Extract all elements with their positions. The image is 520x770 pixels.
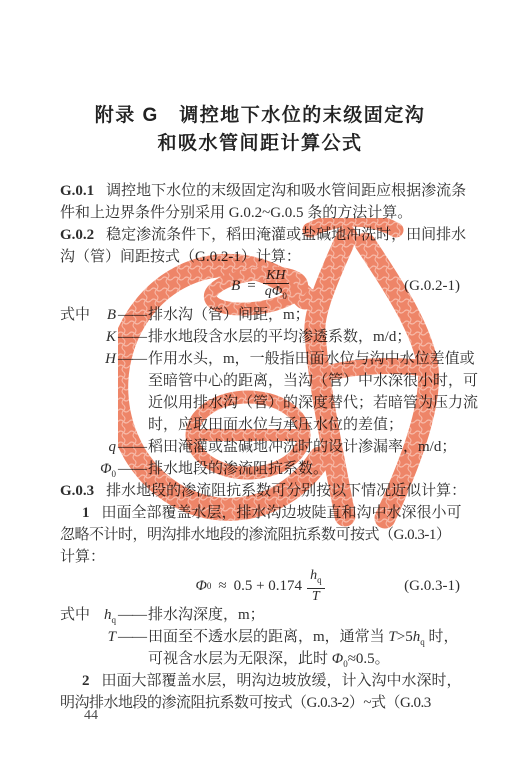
equation-lhs: B	[231, 275, 240, 297]
equation-number: (G.0.2-1)	[404, 275, 460, 297]
where-lead-empty	[60, 348, 94, 370]
clause-g01-line1: G.0.1调控地下水位的末级固定沟和吸水管间距应根据渗流条	[60, 180, 460, 202]
symbol-desc: 稻田淹灌或盐碱地冲洗时的设计渗漏率，m/d；	[148, 436, 456, 458]
item-2-line2: 明沟排水地段的渗流阻抗系数可按式（G.0.3-2）~式（G.0.3	[60, 692, 460, 714]
dash: ——	[116, 304, 148, 326]
equation-number: (G.0.3-1)	[404, 575, 460, 597]
symbol-desc-cont: 至暗管中心的距离，当沟（管）中水深很小时，可	[60, 370, 460, 392]
dash: ——	[116, 348, 148, 370]
symbol-row-q: q —— 稻田淹灌或盐碱地冲洗时的设计渗漏率，m/d；	[60, 436, 460, 458]
fraction-denominator: T	[310, 589, 322, 604]
equation-constants: 0.5 + 0.174	[234, 575, 302, 597]
clause-g02-line2: 沟（管）间距按式（G.0.2-1）计算：	[60, 246, 460, 268]
symbol-var: B	[94, 304, 116, 326]
dash: ——	[116, 604, 148, 626]
symbol-var: T	[94, 626, 116, 648]
equation: Φ0 ≈ 0.5 + 0.174 hq T	[195, 568, 324, 604]
desc-part: 田面至不透水层的距离，m，通常当	[148, 629, 388, 645]
item-1-line3: 计算：	[60, 546, 460, 568]
dash: ——	[116, 326, 148, 348]
dash: ——	[116, 436, 148, 458]
symbol-desc: 排水沟深度，m；	[148, 604, 265, 626]
desc-part: ≈0.5。	[348, 651, 390, 667]
formula-g-0-3-1: Φ0 ≈ 0.5 + 0.174 hq T (G.0.3-1)	[60, 568, 460, 604]
dash: ——	[116, 458, 148, 480]
symbol-var: H	[94, 348, 116, 370]
clause-g02-line1: G.0.2稳定渗流条件下，稻田淹灌或盐碱地冲洗时，田间排水	[60, 224, 460, 246]
equation-relation: =	[247, 275, 255, 297]
document-page: 附录 G 调控地下水位的末级固定沟 和吸水管间距计算公式 G.0.1调控地下水位…	[0, 0, 520, 770]
clause-number: G.0.3	[60, 483, 94, 499]
denominator-var-phi: Φ	[272, 284, 283, 299]
appendix-title-line2: 和吸水管间距计算公式	[0, 130, 520, 158]
numerator-vars: KH	[266, 268, 285, 283]
appendix-title-line1: 附录 G 调控地下水位的末级固定沟	[0, 102, 520, 130]
symbol-row-hq: 式中 hq —— 排水沟深度，m；	[60, 604, 460, 626]
item-1-line2: 忽略不计时，明沟排水地段的渗流阻抗系数可按式（G.0.3-1）	[60, 524, 460, 546]
clause-number: G.0.2	[60, 227, 94, 243]
var-T: T	[108, 629, 116, 645]
symbol-desc-cont: 近似用排水沟（管）的深度替代；若暗管为压力流	[60, 392, 460, 414]
where-lead-empty	[60, 626, 94, 648]
denominator-subscript: 0	[282, 291, 287, 301]
desc-part: 可视含水层为无限深，此时	[148, 651, 332, 667]
page-number: 44	[84, 708, 98, 724]
text-line: 田面全部覆盖水层，排水沟边坡陡直和沟中水深很小可	[102, 505, 462, 521]
symbol-desc: 排水地段的渗流阻抗系数。	[148, 458, 328, 480]
equation-relation: ≈	[218, 575, 226, 597]
fraction: KH qΦ0	[263, 268, 289, 304]
document-body: G.0.1调控地下水位的末级固定沟和吸水管间距应根据渗流条 件和上边界条件分别采…	[60, 180, 460, 714]
clause-number: G.0.1	[60, 183, 94, 199]
inline-var-T: T	[388, 629, 396, 645]
where-lead-empty	[60, 326, 94, 348]
symbol-row-T: T —— 田面至不透水层的距离，m，通常当 T>5hq 时，	[60, 626, 460, 648]
item-2-line1: 2田面大部覆盖水层，明沟边坡放缓，计入沟中水深时，	[60, 670, 460, 692]
numerator-subscript: q	[317, 575, 322, 585]
denominator-var-q: q	[265, 284, 272, 299]
symbol-row-B: 式中 B —— 排水沟（管）间距，m；	[60, 304, 460, 326]
symbol-row-H: H —— 作用水头，m，一般指田面水位与沟中水位差值或	[60, 348, 460, 370]
desc-part: 时，	[425, 629, 459, 645]
formula-g-0-2-1: B = KH qΦ0 (G.0.2-1)	[60, 268, 460, 304]
var-H: H	[105, 351, 116, 367]
equation-lhs-subscript: 0	[207, 575, 212, 597]
desc-part: >5	[397, 629, 413, 645]
symbol-desc: 作用水头，m，一般指田面水位与沟中水位差值或	[148, 348, 475, 370]
symbol-row-K: K —— 排水地段含水层的平均渗透系数，m/d；	[60, 326, 460, 348]
symbol-var: hq	[94, 604, 116, 626]
var-K: K	[106, 329, 116, 345]
fraction-numerator: hq	[307, 568, 325, 589]
appendix-title: 附录 G 调控地下水位的末级固定沟 和吸水管间距计算公式	[0, 102, 520, 158]
symbol-var: Φ0	[94, 458, 116, 480]
symbol-var: q	[94, 436, 116, 458]
where-lead: 式中	[60, 304, 94, 326]
symbol-var: K	[94, 326, 116, 348]
fraction: hq T	[307, 568, 325, 604]
item-number: 2	[82, 673, 90, 689]
equation: B = KH qΦ0	[231, 268, 289, 304]
symbol-desc-cont: 时，应取田面水位与承压水位的差值；	[60, 414, 460, 436]
clause-g03-line1: G.0.3排水地段的渗流阻抗系数可分别按以下情况近似计算：	[60, 480, 460, 502]
clause-g01-line2: 件和上边界条件分别采用 G.0.2~G.0.5 条的方法计算。	[60, 202, 460, 224]
inline-var-phi: Φ	[332, 651, 343, 667]
var-h: h	[104, 607, 112, 623]
fraction-denominator: qΦ0	[263, 284, 289, 304]
where-lead-empty	[60, 436, 94, 458]
symbol-row-phi0: Φ0 —— 排水地段的渗流阻抗系数。	[60, 458, 460, 480]
symbol-desc: 排水地段含水层的平均渗透系数，m/d；	[148, 326, 411, 348]
where-lead-empty	[60, 458, 94, 480]
where-lead: 式中	[60, 604, 94, 626]
dash: ——	[116, 626, 148, 648]
text-line: 调控地下水位的末级固定沟和吸水管间距应根据渗流条	[106, 183, 466, 199]
symbol-desc: 田面至不透水层的距离，m，通常当 T>5hq 时，	[148, 626, 459, 648]
numerator-var-h: h	[310, 568, 317, 583]
text-line: 稳定渗流条件下，稻田淹灌或盐碱地冲洗时，田间排水	[106, 227, 466, 243]
equation-lhs-phi: Φ	[195, 575, 206, 597]
text-line: 排水地段的渗流阻抗系数可分别按以下情况近似计算：	[106, 483, 466, 499]
symbol-desc-cont: 可视含水层为无限深，此时 Φ0≈0.5。	[60, 648, 460, 670]
text-line: 田面大部覆盖水层，明沟边坡放缓，计入沟中水深时，	[102, 673, 462, 689]
var-B: B	[107, 307, 116, 323]
fraction-numerator: KH	[263, 268, 288, 284]
denominator-var-T: T	[312, 589, 320, 604]
symbol-desc: 排水沟（管）间距，m；	[148, 304, 310, 326]
var-q: q	[109, 439, 117, 455]
item-number: 1	[82, 505, 90, 521]
item-1-line1: 1田面全部覆盖水层，排水沟边坡陡直和沟中水深很小可	[60, 502, 460, 524]
var-phi: Φ	[100, 461, 111, 477]
